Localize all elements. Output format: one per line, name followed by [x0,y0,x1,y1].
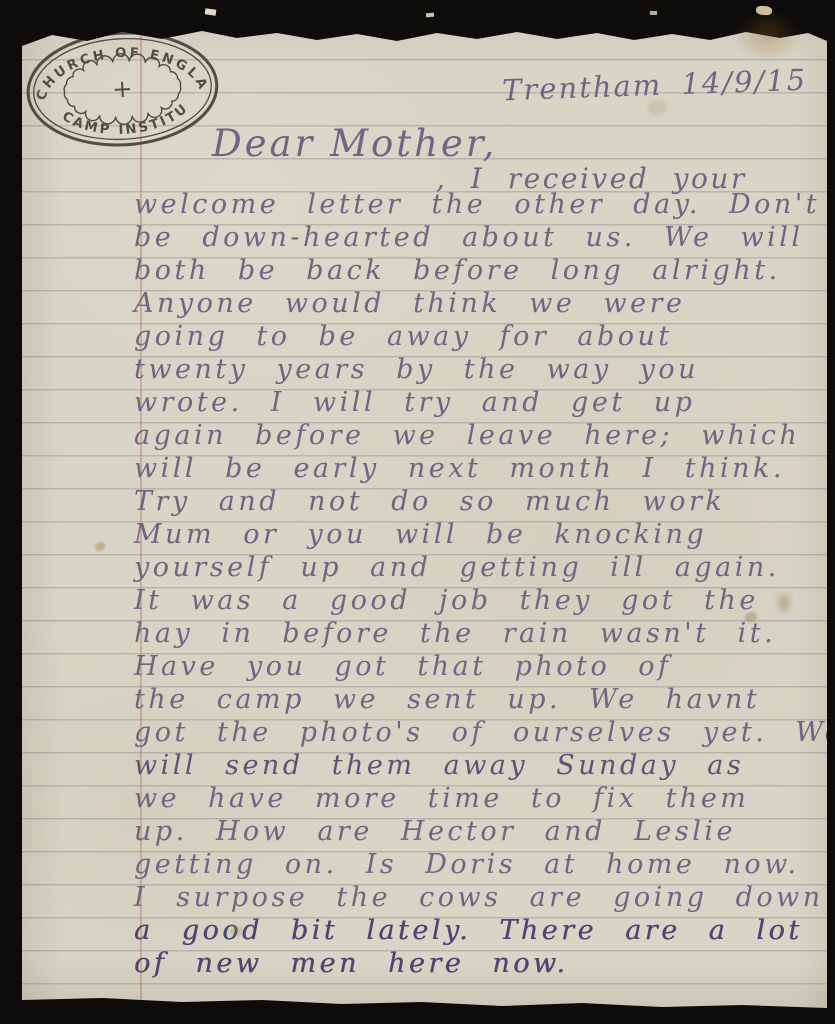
handwriting-line: twenty years by the way you [134,353,827,386]
stain [647,100,667,115]
stamp-cross-icon: + [111,74,133,104]
paper-sheet: CHURCH OF ENGLAND CAMP INSTITUTE + Trent… [22,28,827,1008]
handwriting-line: yourself up and getting ill again. [134,551,827,584]
handwriting-line: of new men here now. [134,947,827,980]
handwriting-line: Have you got that photo of [134,650,827,683]
handwriting-line: both be back before long alright. [134,254,827,287]
handwriting-line: I surpose the cows are going down [134,881,827,914]
handwriting-line: welcome letter the other day. Don't [134,188,827,221]
letter-body: welcome letter the other day. Don't be d… [134,188,827,980]
handwriting-line: getting on. Is Doris at home now. [134,848,827,881]
handwriting-line: Try and not do so much work [134,485,827,518]
dateline: Trentham 14/9/15 [501,63,807,108]
handwriting-line: hay in before the rain wasn't it. [134,617,827,650]
salutation: Dear Mother, [212,122,497,165]
church-of-england-camp-institute-stamp: CHURCH OF ENGLAND CAMP INSTITUTE + [22,28,225,155]
handwriting-line: going to be away for about [134,320,827,353]
handwriting-line: be down-hearted about us. We will [134,221,827,254]
torn-paper-speck [205,8,217,15]
handwriting-line: we have more time to fix them [134,782,827,815]
handwriting-line: Mum or you will be knocking [134,518,827,551]
handwriting-line: Anyone would think we were [134,287,827,320]
handwriting-line: wrote. I will try and get up [134,386,827,419]
handwriting-line: again before we leave here; which [134,419,827,452]
handwriting-line: will be early next month I think. [134,452,827,485]
handwriting-line: got the photo's of ourselves yet. We [134,716,827,749]
handwriting-line: a good bit lately. There are a lot [134,914,827,947]
photo-of-letter: CHURCH OF ENGLAND CAMP INSTITUTE + Trent… [0,0,835,1024]
handwriting-line: will send them away Sunday as [134,749,827,782]
handwriting-line: It was a good job they got the [134,584,827,617]
stain [95,542,105,551]
torn-paper-speck [650,11,657,15]
torn-paper-speck [756,5,773,15]
torn-paper-speck [426,13,434,18]
handwriting-line: the camp we sent up. We havnt [134,683,827,716]
handwriting-line: up. How are Hector and Leslie [134,815,827,848]
